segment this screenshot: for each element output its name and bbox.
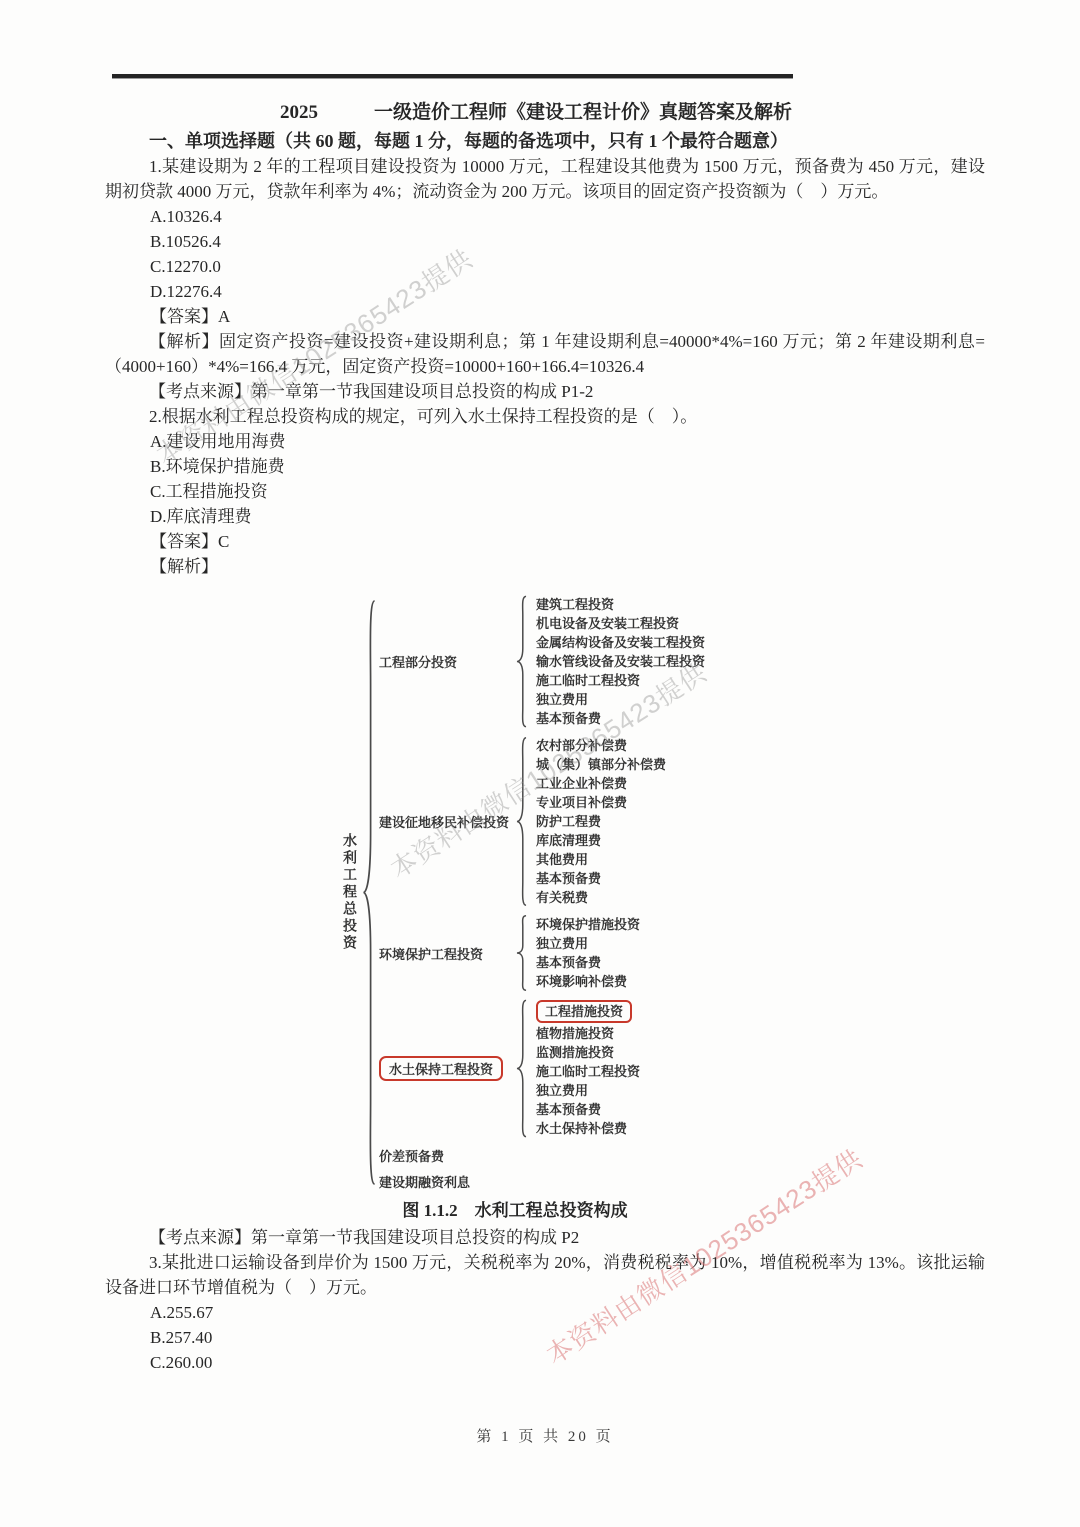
section-heading: 一、单项选择题（共 60 题，每题 1 分，每题的备选项中，只有 1 个最符合题… <box>105 129 985 154</box>
title-main: 一级造价工程师《建设工程计价》真题答案及解析 <box>374 100 792 125</box>
header-rule <box>112 74 793 78</box>
option-item: C.12270.0 <box>150 254 985 279</box>
q1-options: A.10326.4B.10526.4C.12270.0D.12276.4 <box>105 204 985 304</box>
q1-answer: 【答案】A <box>150 304 985 329</box>
brace-icon <box>515 915 528 991</box>
investment-structure-diagram: 水利工程总投资 工程部分投资 建筑工程投资机电设备及安装工程投资金属结构设备及安… <box>338 595 985 1190</box>
page-footer: 第 1 页 共 20 页 <box>105 1425 985 1446</box>
brace-icon <box>515 999 528 1138</box>
diagram-item: 金属结构设备及安装工程投资 <box>536 633 705 652</box>
q1-analysis: 【解析】固定资产投资=建设投资+建设期利息；第 1 年建设期利息=40000*4… <box>105 329 985 379</box>
diagram-item: 工程措施投资 <box>536 999 640 1024</box>
diagram-item: 建筑工程投资 <box>536 595 705 614</box>
diagram-item: 施工临时工程投资 <box>536 1062 640 1081</box>
document-page: 本资料由微信1025365423提供 本资料由微信1025365423提供 本资… <box>0 0 1080 1527</box>
diagram-item: 环境影响补偿费 <box>536 972 640 991</box>
option-item: B.257.40 <box>150 1325 985 1350</box>
diagram-item: 工业企业补偿费 <box>536 774 666 793</box>
diagram-branch-label: 价差预备费 <box>379 1146 515 1165</box>
option-item: D.库底清理费 <box>150 504 985 529</box>
diagram-item: 独立费用 <box>536 690 705 709</box>
q2-options: A.建设用地用海费B.环境保护措施费C.工程措施投资D.库底清理费 <box>105 429 985 529</box>
diagram-branch-label: 工程部分投资 <box>379 652 515 671</box>
option-item: C.260.00 <box>150 1350 985 1375</box>
diagram-caption: 图 1.1.2 水利工程总投资构成 <box>105 1198 925 1223</box>
q2-source: 【考点来源】第一章第一节我国建设项目总投资的构成 P2 <box>105 1225 985 1250</box>
diagram-item-list: 建筑工程投资机电设备及安装工程投资金属结构设备及安装工程投资输水管线设备及安装工… <box>528 595 705 728</box>
diagram-item: 专业项目补偿费 <box>536 793 666 812</box>
diagram-item: 防护工程费 <box>536 812 666 831</box>
diagram-item-list: 农村部分补偿费城（集）镇部分补偿费工业企业补偿费专业项目补偿费防护工程费库底清理… <box>528 736 666 907</box>
diagram-item: 施工临时工程投资 <box>536 671 705 690</box>
diagram-item-list: 环境保护措施投资独立费用基本预备费环境影响补偿费 <box>528 915 640 991</box>
q3-stem: 3.某批进口运输设备到岸价为 1500 万元，关税税率为 20%，消费税税率为 … <box>105 1250 985 1300</box>
option-item: B.环境保护措施费 <box>150 454 985 479</box>
diagram-root-brace <box>361 595 377 1190</box>
diagram-item: 基本预备费 <box>536 869 666 888</box>
diagram-branch-engineering: 工程部分投资 建筑工程投资机电设备及安装工程投资金属结构设备及安装工程投资输水管… <box>379 595 705 728</box>
q1-stem: 1.某建设期为 2 年的工程项目建设投资为 10000 万元，工程建设其他费为 … <box>105 154 985 204</box>
diagram-branch-label: 环境保护工程投资 <box>379 944 515 963</box>
option-item: A.10326.4 <box>150 204 985 229</box>
diagram-item: 独立费用 <box>536 1081 640 1100</box>
page-title: 2025 一级造价工程师《建设工程计价》真题答案及解析 <box>280 100 985 125</box>
q2-stem: 2.根据水利工程总投资构成的规定，可列入水土保持工程投资的是（ ）。 <box>105 404 985 429</box>
option-item: A.255.67 <box>150 1300 985 1325</box>
q3-options: A.255.67B.257.40C.260.00 <box>105 1300 985 1375</box>
diagram-item: 监测措施投资 <box>536 1043 640 1062</box>
diagram-branch-environment: 环境保护工程投资 环境保护措施投资独立费用基本预备费环境影响补偿费 <box>379 915 705 991</box>
diagram-item: 植物措施投资 <box>536 1024 640 1043</box>
diagram-item: 有关税费 <box>536 888 666 907</box>
diagram-item: 输水管线设备及安装工程投资 <box>536 652 705 671</box>
option-item: C.工程措施投资 <box>150 479 985 504</box>
q2-answer: 【答案】C <box>150 529 985 554</box>
option-item: A.建设用地用海费 <box>150 429 985 454</box>
q1-source: 【考点来源】第一章第一节我国建设项目总投资的构成 P1-2 <box>105 379 985 404</box>
diagram-item: 基本预备费 <box>536 953 640 972</box>
diagram-item: 其他费用 <box>536 850 666 869</box>
diagram-item: 独立费用 <box>536 934 640 953</box>
diagram-item: 基本预备费 <box>536 709 705 728</box>
diagram-branch-land-resettlement: 建设征地移民补偿投资 农村部分补偿费城（集）镇部分补偿费工业企业补偿费专业项目补… <box>379 736 705 907</box>
diagram-item: 库底清理费 <box>536 831 666 850</box>
brace-icon <box>515 736 528 907</box>
option-item: B.10526.4 <box>150 229 985 254</box>
diagram-branches: 工程部分投资 建筑工程投资机电设备及安装工程投资金属结构设备及安装工程投资输水管… <box>379 595 705 1190</box>
diagram-item: 水土保持补偿费 <box>536 1119 640 1138</box>
diagram-branch-label: 建设期融资利息 <box>379 1172 515 1191</box>
title-year: 2025 <box>280 100 318 125</box>
diagram-item-list: 工程措施投资植物措施投资监测措施投资施工临时工程投资独立费用基本预备费水土保持补… <box>528 999 640 1138</box>
q2-analysis-label: 【解析】 <box>150 554 985 579</box>
diagram-branch-label: 建设征地移民补偿投资 <box>379 812 515 831</box>
diagram-item: 城（集）镇部分补偿费 <box>536 755 666 774</box>
diagram-item: 农村部分补偿费 <box>536 736 666 755</box>
diagram-item: 基本预备费 <box>536 1100 640 1119</box>
diagram-branch-soil-water-conservation: 水土保持工程投资 工程措施投资植物措施投资监测措施投资施工临时工程投资独立费用基… <box>379 999 705 1138</box>
diagram-branch-financing-interest: 建设期融资利息 <box>379 1172 705 1190</box>
option-item: D.12276.4 <box>150 279 985 304</box>
diagram-branch-label-highlighted: 水土保持工程投资 <box>379 1056 515 1081</box>
diagram-item: 机电设备及安装工程投资 <box>536 614 705 633</box>
diagram-branch-price-contingency: 价差预备费 <box>379 1146 705 1164</box>
diagram-root-label: 水利工程总投资 <box>338 833 358 952</box>
diagram-item: 环境保护措施投资 <box>536 915 640 934</box>
brace-icon <box>515 595 528 728</box>
